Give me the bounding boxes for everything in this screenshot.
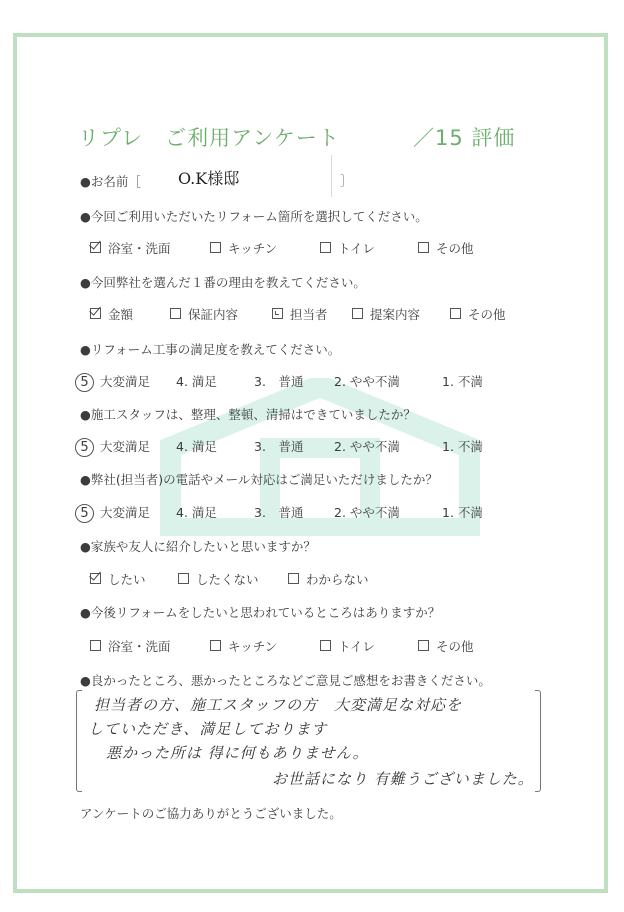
checkbox-partial-icon[interactable] [272,308,283,319]
option-other[interactable]: その他 [450,305,506,323]
option-unsure[interactable]: わからない [288,570,369,588]
circled-choice-icon[interactable]: 5 [75,438,94,457]
checkbox-icon[interactable] [418,242,429,253]
question-future-reform: ●今後リフォームをしたいと思われているところはありますか？ [80,603,440,621]
rating-3[interactable]: 3. 普通 [254,372,303,390]
checkbox-checked-icon[interactable] [90,573,101,584]
name-bracket-close: ］ [340,172,352,189]
rating-1[interactable]: 1. 不満 [442,372,483,390]
checkbox-icon[interactable] [320,640,331,651]
option-other[interactable]: その他 [418,239,474,257]
option-kitchen[interactable]: キッチン [210,637,277,655]
rating-2[interactable]: 2. やや不満 [334,437,400,455]
question-contact-response: ●弊社(担当者)の電話やメール対応はご満足いただけましたか？ [80,470,438,488]
option-no[interactable]: したくない [178,570,259,588]
rating-4[interactable]: 4. 満足 [176,372,217,390]
circled-choice-icon[interactable]: 5 [75,373,94,392]
checkbox-icon[interactable] [320,242,331,253]
question-staff-cleanliness: ●施工スタッフは、整理、整頓、清掃はできていましたか？ [80,405,416,423]
checkbox-icon[interactable] [418,640,429,651]
rating-1[interactable]: 1. 不満 [442,437,483,455]
option-kitchen[interactable]: キッチン [210,239,277,257]
checkbox-icon[interactable] [210,640,221,651]
rating-2[interactable]: 2. やや不満 [334,372,400,390]
option-proposal[interactable]: 提案内容 [352,305,420,323]
option-warranty[interactable]: 保証内容 [170,305,238,323]
option-price[interactable]: 金額 [90,305,133,323]
checkbox-icon[interactable] [450,308,461,319]
checkbox-icon[interactable] [210,242,221,253]
rating-5[interactable]: 5 大変満足 [80,437,150,457]
question-work-satisfaction: ●リフォーム工事の満足度を教えてください。 [80,340,340,358]
checkbox-icon[interactable] [178,573,189,584]
option-toilet[interactable]: トイレ [320,637,375,655]
comment-line: 悪かった所は 得に何もありません。 [106,742,369,763]
rating-4[interactable]: 4. 満足 [176,437,217,455]
checkbox-checked-icon[interactable] [90,242,101,253]
rating-3[interactable]: 3. 普通 [254,503,303,521]
option-other[interactable]: その他 [418,637,474,655]
title-text: リプレ ご利用アンケート [78,126,340,150]
name-field[interactable]: O.K様邸 [178,166,239,189]
thank-you-note: アンケートのご協力ありがとうございました。 [80,804,342,822]
option-bath[interactable]: 浴室・洗面 [90,637,171,655]
rating-4[interactable]: 4. 満足 [176,503,217,521]
comment-line: 担当者の方、施工スタッフの方 大変満足な対応を [94,694,462,715]
rating-3[interactable]: 3. 普通 [254,437,303,455]
comment-field[interactable]: 担当者の方、施工スタッフの方 大変満足な対応を していただき、満足しております … [76,690,541,792]
circled-choice-icon[interactable]: 5 [75,504,94,523]
score-label: ／15 評価 [413,122,515,152]
option-staff[interactable]: 担当者 [272,305,328,323]
survey-title: リプレ ご利用アンケート ／15 評価 [78,122,340,152]
question-recommend: ●家族や友人に紹介したいと思いますか？ [80,537,316,555]
name-label: ●お名前［ [80,172,141,190]
option-yes[interactable]: したい [90,570,146,588]
checkbox-icon[interactable] [352,308,363,319]
option-toilet[interactable]: トイレ [320,239,375,257]
checkbox-icon[interactable] [288,573,299,584]
option-bath[interactable]: 浴室・洗面 [90,239,171,257]
rating-5[interactable]: 5 大変満足 [80,372,150,392]
question-comments: ●良かったところ、悪かったところなどご意見ご感想をお書きください。 [80,671,491,689]
bracket-left [76,690,82,792]
rating-5[interactable]: 5 大変満足 [80,503,150,523]
checkbox-icon[interactable] [90,640,101,651]
rating-2[interactable]: 2. やや不満 [334,503,400,521]
rating-1[interactable]: 1. 不満 [442,503,483,521]
checkbox-icon[interactable] [170,308,181,319]
question-reform-area: ●今回ご利用いただいたリフォーム箇所を選択してください。 [80,207,428,225]
name-divider [331,155,332,197]
comment-line: していただき、満足しております [88,718,327,739]
bracket-right [535,690,541,792]
comment-line: お世話になり 有難うございました。 [272,768,534,789]
checkbox-checked-icon[interactable] [90,308,101,319]
question-reason: ●今回弊社を選んだ１番の理由を教えてください。 [80,273,366,291]
